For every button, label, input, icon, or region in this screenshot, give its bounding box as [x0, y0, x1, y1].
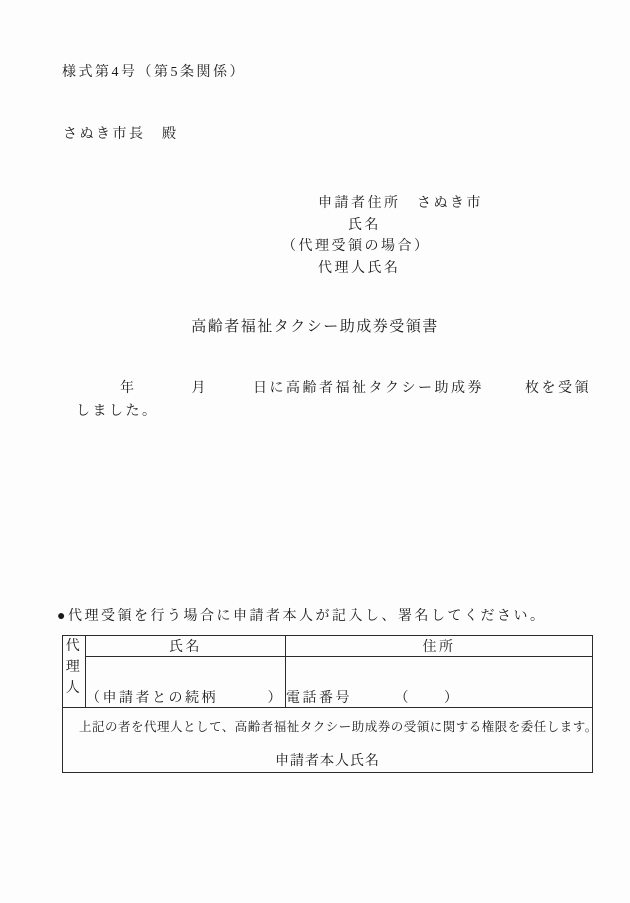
proxy-case-note: （代理受領の場合） [282, 236, 483, 258]
applicant-signature-label: 申請者本人氏名 [63, 750, 592, 770]
address-column-header: 住所 [286, 636, 593, 657]
vertical-label-char-2: 理 [63, 657, 85, 678]
vertical-label-char-1: 代 [63, 636, 85, 657]
proxy-table: 代 理 人 氏名 住所 （申請者との続柄 ） 電話番号 （ ） 上記の者を代理人… [62, 635, 593, 773]
delegation-statement: 上記の者を代理人として、高齢者福祉タクシー助成券の受領に関する権限を委任します。 [63, 708, 592, 735]
proxy-name-label: 代理人氏名 [318, 258, 483, 280]
year-blank-label: 年 [120, 381, 137, 396]
proxy-instruction-line: ●代理受領を行う場合に申請者本人が記入し、署名してください。 [57, 608, 546, 625]
applicant-name-label: 氏名 [348, 215, 483, 237]
name-column-header: 氏名 [86, 636, 286, 657]
day-and-voucher-phrase: 日に高齢者福祉タクシー助成券 [253, 381, 484, 396]
addressee-line: さぬき市長 殿 [63, 126, 179, 143]
proxy-person-vertical-label: 代 理 人 [63, 636, 86, 708]
receipt-statement-line1: 年 月 日に高齢者福祉タクシー助成券 枚を受領 [62, 380, 591, 397]
applicant-block: 申請者住所 さぬき市 氏名 （代理受領の場合） 代理人氏名 [282, 193, 483, 279]
document-title: 高齢者福祉タクシー助成券受領書 [0, 315, 630, 336]
receipt-statement-line2: しました。 [76, 403, 159, 420]
count-received-phrase: 枚を受領 [525, 381, 591, 396]
form-number-line: 様式第4号（第5条関係） [62, 64, 246, 81]
relation-blank-cell: （申請者との続柄 ） [86, 657, 286, 708]
phone-blank-cell: 電話番号 （ ） [286, 657, 593, 708]
vertical-label-char-3: 人 [63, 678, 85, 699]
delegation-cell: 上記の者を代理人として、高齢者福祉タクシー助成券の受領に関する権限を委任します。… [63, 708, 593, 773]
month-blank-label: 月 [192, 381, 209, 396]
applicant-address-label: 申請者住所 さぬき市 [318, 193, 483, 215]
